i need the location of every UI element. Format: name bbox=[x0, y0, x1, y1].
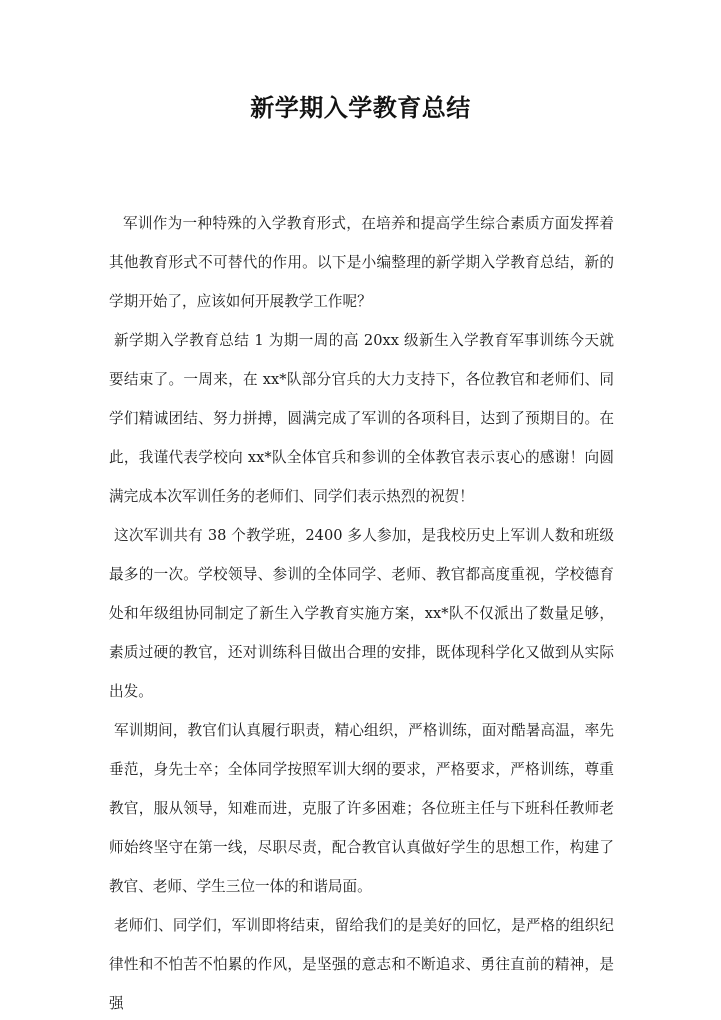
document-title: 新学期入学教育总结 bbox=[0, 88, 721, 123]
paragraph-intro: 军训作为一种特殊的入学教育形式，在培养和提高学生综合素质方面发挥着其他教育形式不… bbox=[109, 204, 614, 321]
document-body: 军训作为一种特殊的入学教育形式，在培养和提高学生综合素质方面发挥着其他教育形式不… bbox=[109, 204, 614, 1020]
paragraph-training-scale: 这次军训共有 38 个教学班，2400 多人参加，是我校历史上军训人数和班级最多… bbox=[109, 516, 614, 711]
paragraph-training-period: 军训期间，教官们认真履行职责，精心组织，严格训练，面对酷暑高温，率先垂范，身先士… bbox=[109, 711, 614, 906]
paragraph-summary-1: 新学期入学教育总结 1 为期一周的高 20xx 级新生入学教育军事训练今天就要结… bbox=[109, 321, 614, 516]
document-page: 新学期入学教育总结 军训作为一种特殊的入学教育形式，在培养和提高学生综合素质方面… bbox=[0, 0, 721, 1020]
paragraph-closing: 老师们、同学们，军训即将结束，留给我们的是美好的回忆，是严格的组织纪律性和不怕苦… bbox=[109, 906, 614, 1020]
